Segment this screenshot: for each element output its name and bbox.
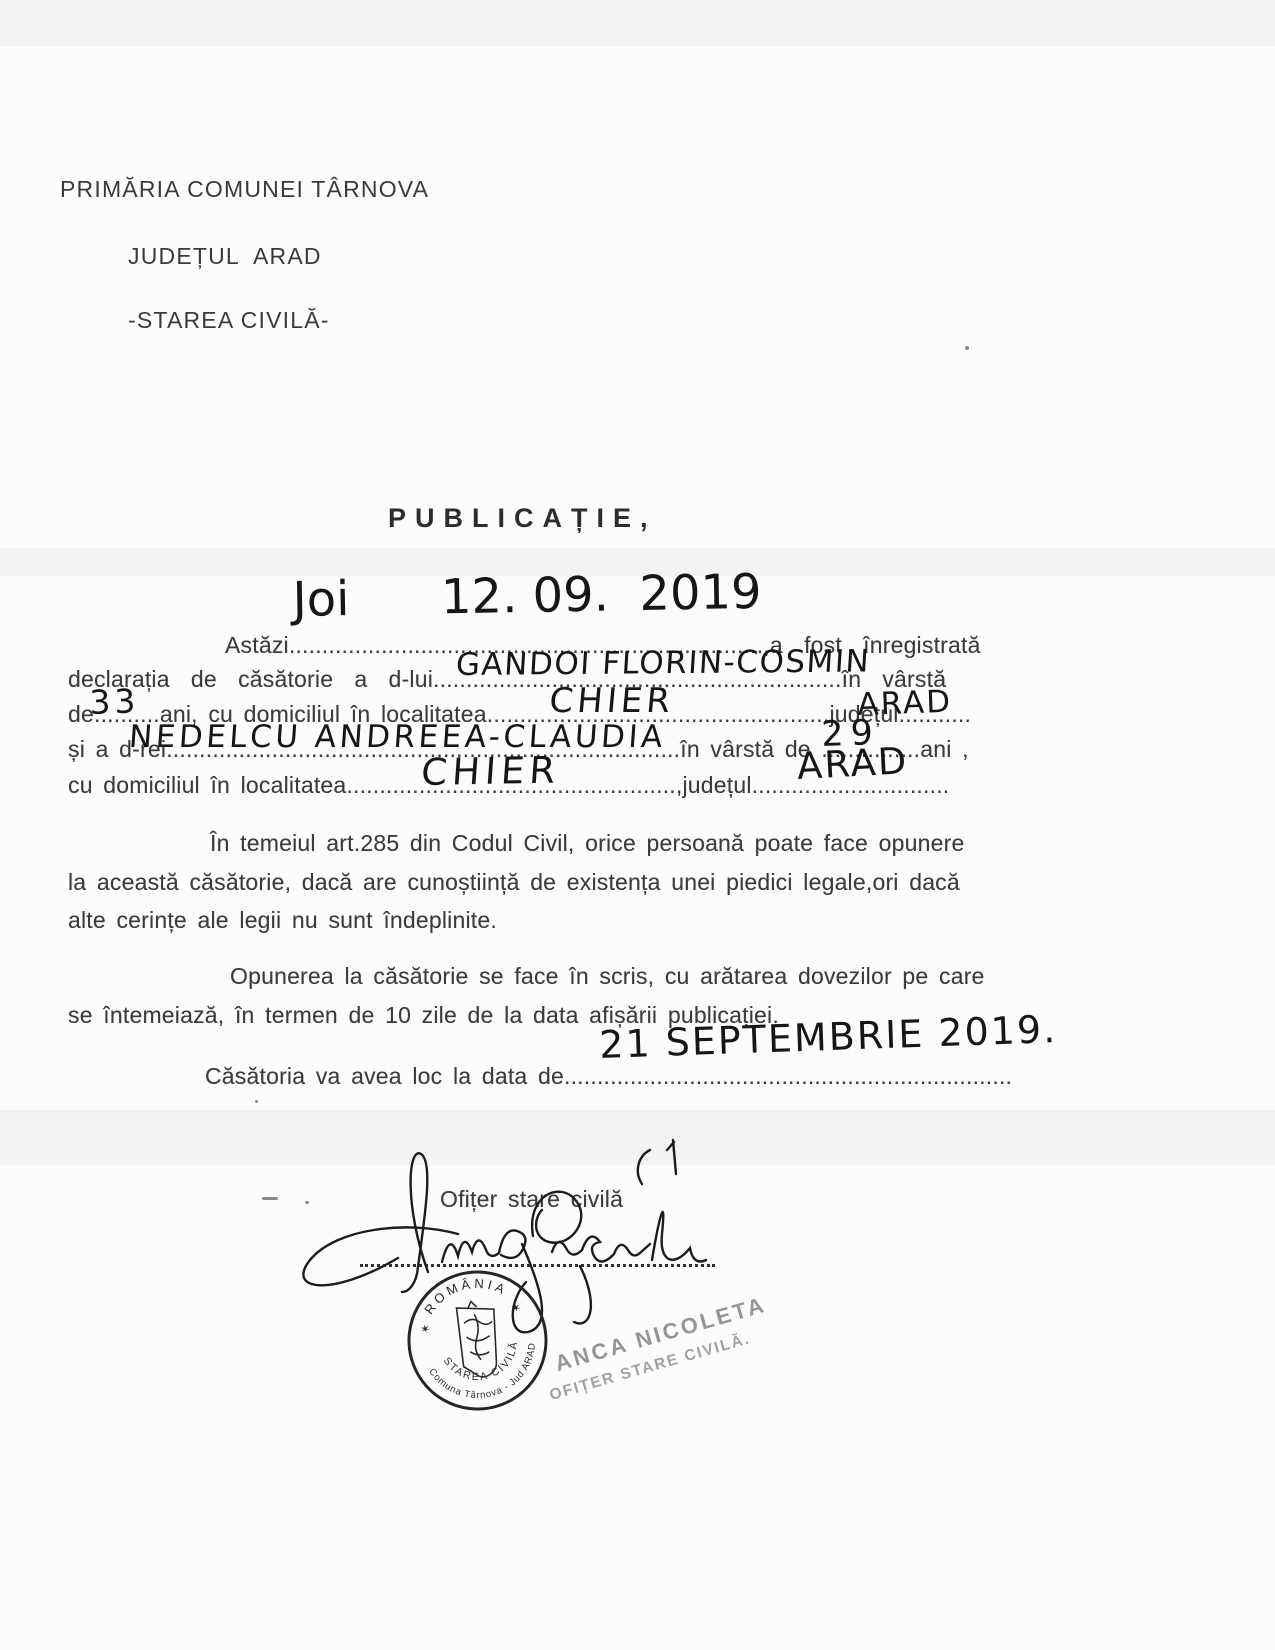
document-title: PUBLICAȚIE, bbox=[388, 503, 657, 534]
stamp-star-right-icon: ✶ bbox=[509, 1300, 522, 1316]
handwritten-bride-name: NEDELCU ANDREEA-CLAUDIA bbox=[128, 722, 667, 753]
scanned-document-page: PRIMĂRIA COMUNEI TÂRNOVA JUDEȚUL ARAD -S… bbox=[0, 0, 1275, 1650]
handwritten-registration-date: Joi 12. 09. 2019 bbox=[292, 568, 762, 624]
stamp-star-left-icon: ✶ bbox=[419, 1321, 432, 1337]
handwritten-bride-county: ARAD bbox=[796, 742, 909, 785]
legal-par1-line3: alte cerințe ale legii nu sunt îndeplini… bbox=[68, 907, 497, 934]
ink-speck bbox=[965, 346, 969, 350]
legal-par1-line1: În temeiul art.285 din Codul Civil, oric… bbox=[210, 830, 964, 857]
letterhead-authority: PRIMĂRIA COMUNEI TÂRNOVA bbox=[60, 176, 429, 203]
legal-par2-line1: Opunerea la căsătorie se face în scris, … bbox=[230, 963, 985, 990]
scan-band bbox=[0, 0, 1275, 46]
letterhead-county: JUDEȚUL ARAD bbox=[128, 243, 322, 270]
legal-par1-line2: la această căsătorie, dacă are cunoștiin… bbox=[68, 869, 960, 896]
wedding-date-line: Căsătoria va avea loc la data de........… bbox=[205, 1063, 1012, 1090]
ink-speck bbox=[305, 1201, 309, 1204]
handwritten-groom-locality: CHIER bbox=[548, 684, 675, 718]
handwritten-bride-locality: CHIER bbox=[420, 752, 561, 791]
ink-speck bbox=[255, 1100, 258, 1103]
handwritten-groom-name: GANDOI FLORIN-COSMIN bbox=[455, 646, 871, 681]
handwritten-groom-age: 33 bbox=[89, 684, 140, 719]
letterhead-office: -STAREA CIVILĂ- bbox=[128, 307, 330, 334]
ink-speck bbox=[262, 1197, 278, 1200]
